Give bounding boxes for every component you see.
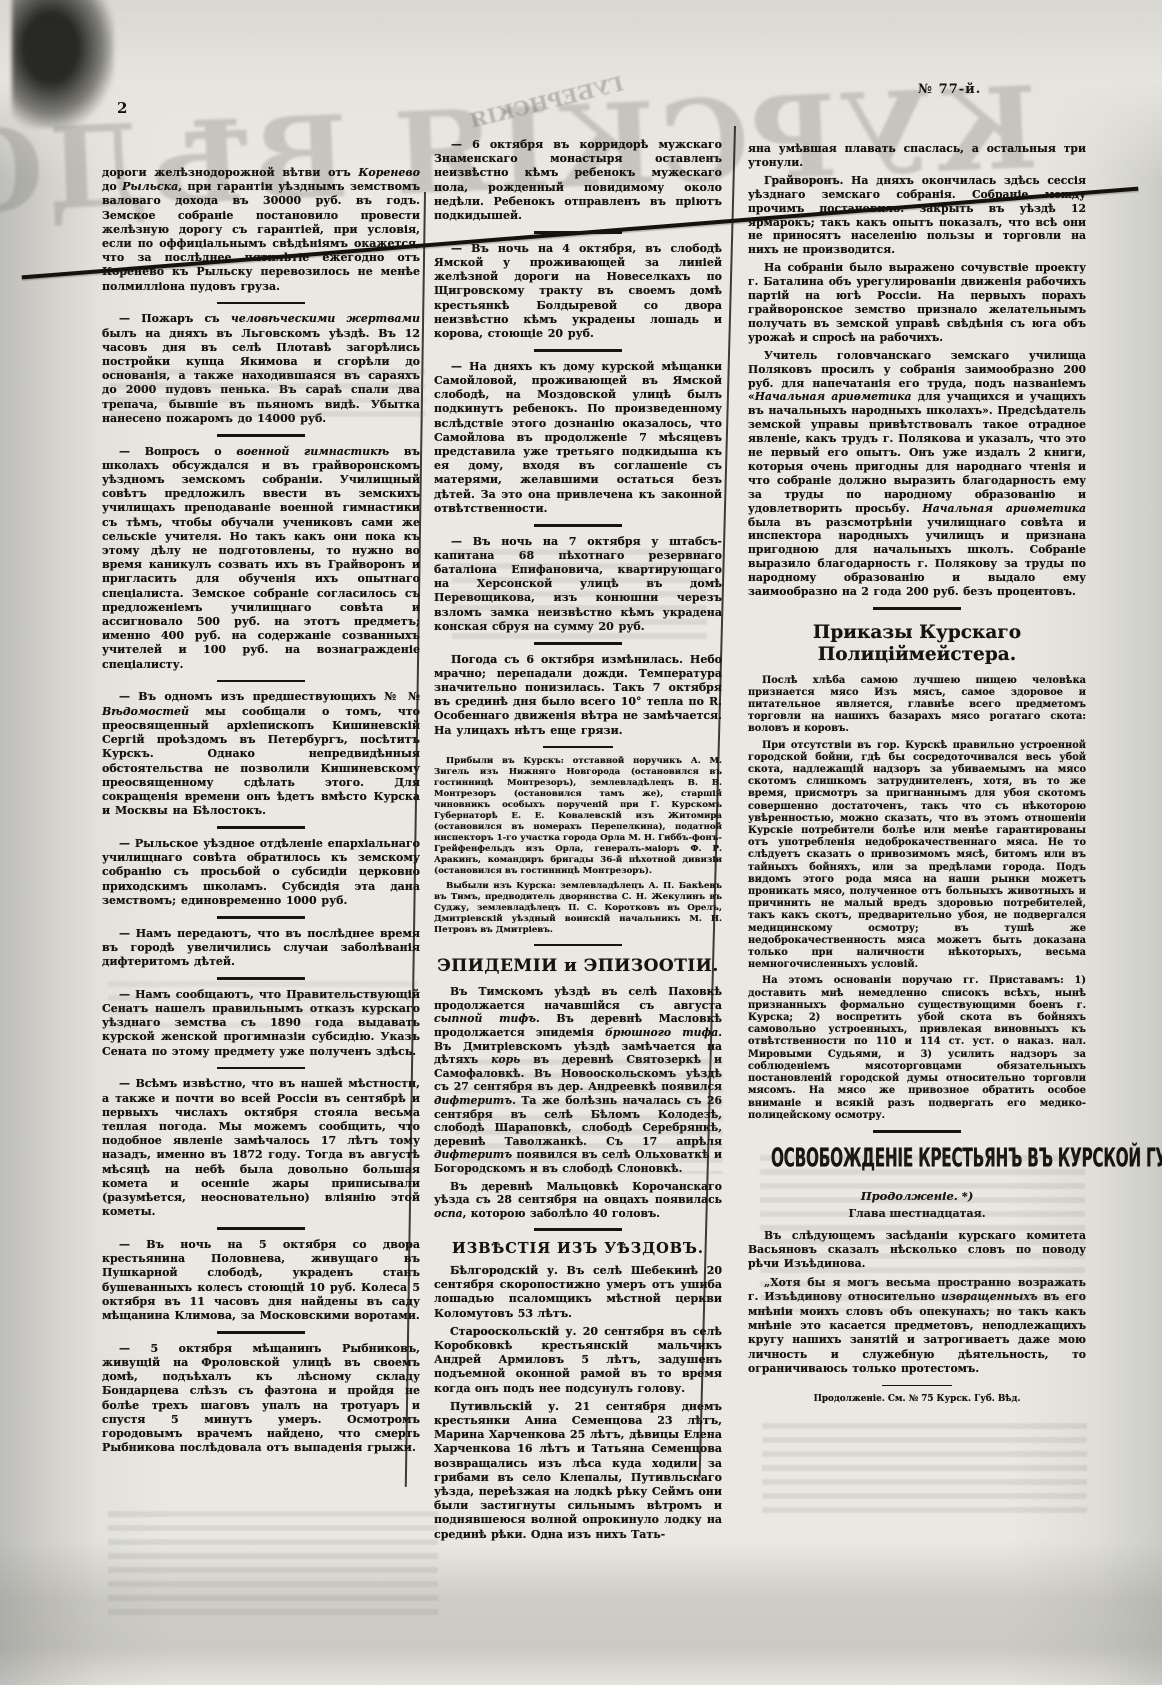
news-paragraph: — 6 октября въ корридорѣ мужскаго Знамен… [434,138,722,223]
separator-rule [217,977,305,980]
separator-rule [882,1385,952,1387]
separator-rule [217,434,305,437]
news-paragraph: Старооскольскій у. 20 сентября въ селѣ К… [434,1325,722,1396]
news-paragraph: На собраніи было выражено сочувствіе про… [748,261,1086,344]
separator-rule [534,944,622,947]
news-paragraph: Въ слѣдующемъ засѣданіи курскаго комитет… [748,1229,1086,1272]
section-heading-orders: Приказы Курскаго Полиціймейстера. [748,622,1086,666]
bleedthrough-patch [108,1508,438,1620]
news-paragraph: дороги желѣзнодорожной вѣтви отъ Коренев… [102,166,420,294]
news-paragraph: Въ деревнѣ Мальцовкѣ Корочанскаго уѣзда … [434,1180,722,1221]
bleedthrough-patch [762,1420,1087,1515]
news-paragraph: — Рыльское уѣздное отдѣленіе епархіальна… [102,837,420,908]
news-paragraph: На этомъ основаніи поручаю гг. Приставам… [748,975,1086,1121]
news-paragraph: Послѣ хлѣба самою лучшею пищею человѣка … [748,675,1086,736]
arrivals-departures-notice: Прибыли въ Курскъ: отставной поручикъ А.… [434,756,722,877]
news-paragraph: — Въ ночь на 7 октября у штабсъ-капитана… [434,535,722,634]
news-paragraph: Бѣлгородскій у. Въ селѣ Шебекинѣ 20 сент… [434,1264,722,1321]
news-paragraph: — 5 октября мѣщанинъ Рыбниковъ, живущій … [102,1342,420,1456]
separator-rule [217,302,305,305]
column-middle: — 6 октября въ корридорѣ мужскаго Знамен… [434,138,722,1546]
separator-rule [543,746,613,748]
section-heading-liberation: ОСВОБОЖДЕНІЕ КРЕСТЬЯНЪ ВЪ КУРСКОЙ ГУБ. [748,1149,1086,1179]
news-paragraph: — Вопросъ о военной гимнастикѣ въ школах… [102,445,420,672]
separator-rule [534,1228,622,1231]
news-paragraph: — Намъ сообщаютъ, что Правительствующій … [102,988,420,1059]
arrivals-departures-notice: Выбыли изъ Курска: землевладѣлецъ А. П. … [434,881,722,936]
footnote-reference: Продолженіе. См. № 75 Курск. Губ. Вѣд. [748,1394,1086,1404]
section-heading-text: ОСВОБОЖДЕНІЕ КРЕСТЬЯНЪ ВЪ КУРСКОЙ ГУБ. [771,1144,1162,1174]
newspaper-page-scan: КУРСКІЯ ВѢДОМОСТИ ГУБЕРНСКІЯ 2 № 77-й. д… [0,0,1162,1685]
news-paragraph: Путивльскій у. 21 сентября днемъ крестья… [434,1400,722,1542]
news-paragraph: Въ Тимскомъ уѣздѣ въ селѣ Паховкѣ продол… [434,985,722,1175]
news-paragraph: — Всѣмъ извѣстно, что въ нашей мѣстности… [102,1077,420,1219]
section-heading-districts: ИЗВѢСТІЯ ИЗЪ УѢЗДОВЪ. [434,1240,722,1257]
news-paragraph: — Въ ночь на 4 октября, въ слободѣ Ямско… [434,242,722,341]
column-right: яна умѣвшая плавать спаслась, а остальны… [748,142,1086,1404]
news-paragraph: „Хотя бы я могъ весьма пространно возраж… [748,1276,1086,1377]
news-paragraph: — Пожаръ съ человѣческими жертвами былъ … [102,312,420,426]
news-paragraph: Погода съ 6 октября измѣнилась. Небо мра… [434,653,722,738]
separator-rule [873,1130,961,1133]
chapter-heading: Глава шестнадцатая. [748,1207,1086,1220]
news-paragraph: — На дняхъ къ дому курской мѣщанки Самой… [434,360,722,516]
news-paragraph: Грайворонъ. На дняхъ окончилась здѣсь се… [748,174,1086,257]
news-paragraph: — Въ ночь на 5 октября со двора крестьян… [102,1238,420,1323]
issue-number: № 77-й. [918,82,981,97]
separator-rule [217,1227,305,1230]
separator-rule [534,642,622,645]
news-paragraph: яна умѣвшая плавать спаслась, а остальны… [748,142,1086,170]
separator-rule [217,826,305,829]
column-left: дороги желѣзнодорожной вѣтви отъ Коренев… [102,166,420,1459]
separator-rule [217,916,305,919]
news-paragraph: — Намъ передаютъ, что въ послѣднее время… [102,927,420,970]
separator-rule [534,349,622,352]
separator-rule [217,680,305,683]
news-paragraph: Учитель головчанскаго земскаго училища П… [748,349,1086,599]
separator-rule [217,1067,305,1070]
separator-rule [534,231,622,234]
section-heading-epidemics: ЭПИДЕМІИ и ЭПИЗООТІИ. [434,956,722,976]
news-paragraph: При отсутствіи въ гор. Курскѣ правильно … [748,740,1086,972]
separator-rule [217,1331,305,1334]
separator-rule [534,524,622,527]
continuation-note: Продолженіе. *) [748,1189,1086,1203]
page-number: 2 [117,99,127,117]
news-paragraph: — Въ одномъ изъ предшествующихъ № № Вѣдо… [102,690,420,818]
separator-rule [873,607,961,610]
